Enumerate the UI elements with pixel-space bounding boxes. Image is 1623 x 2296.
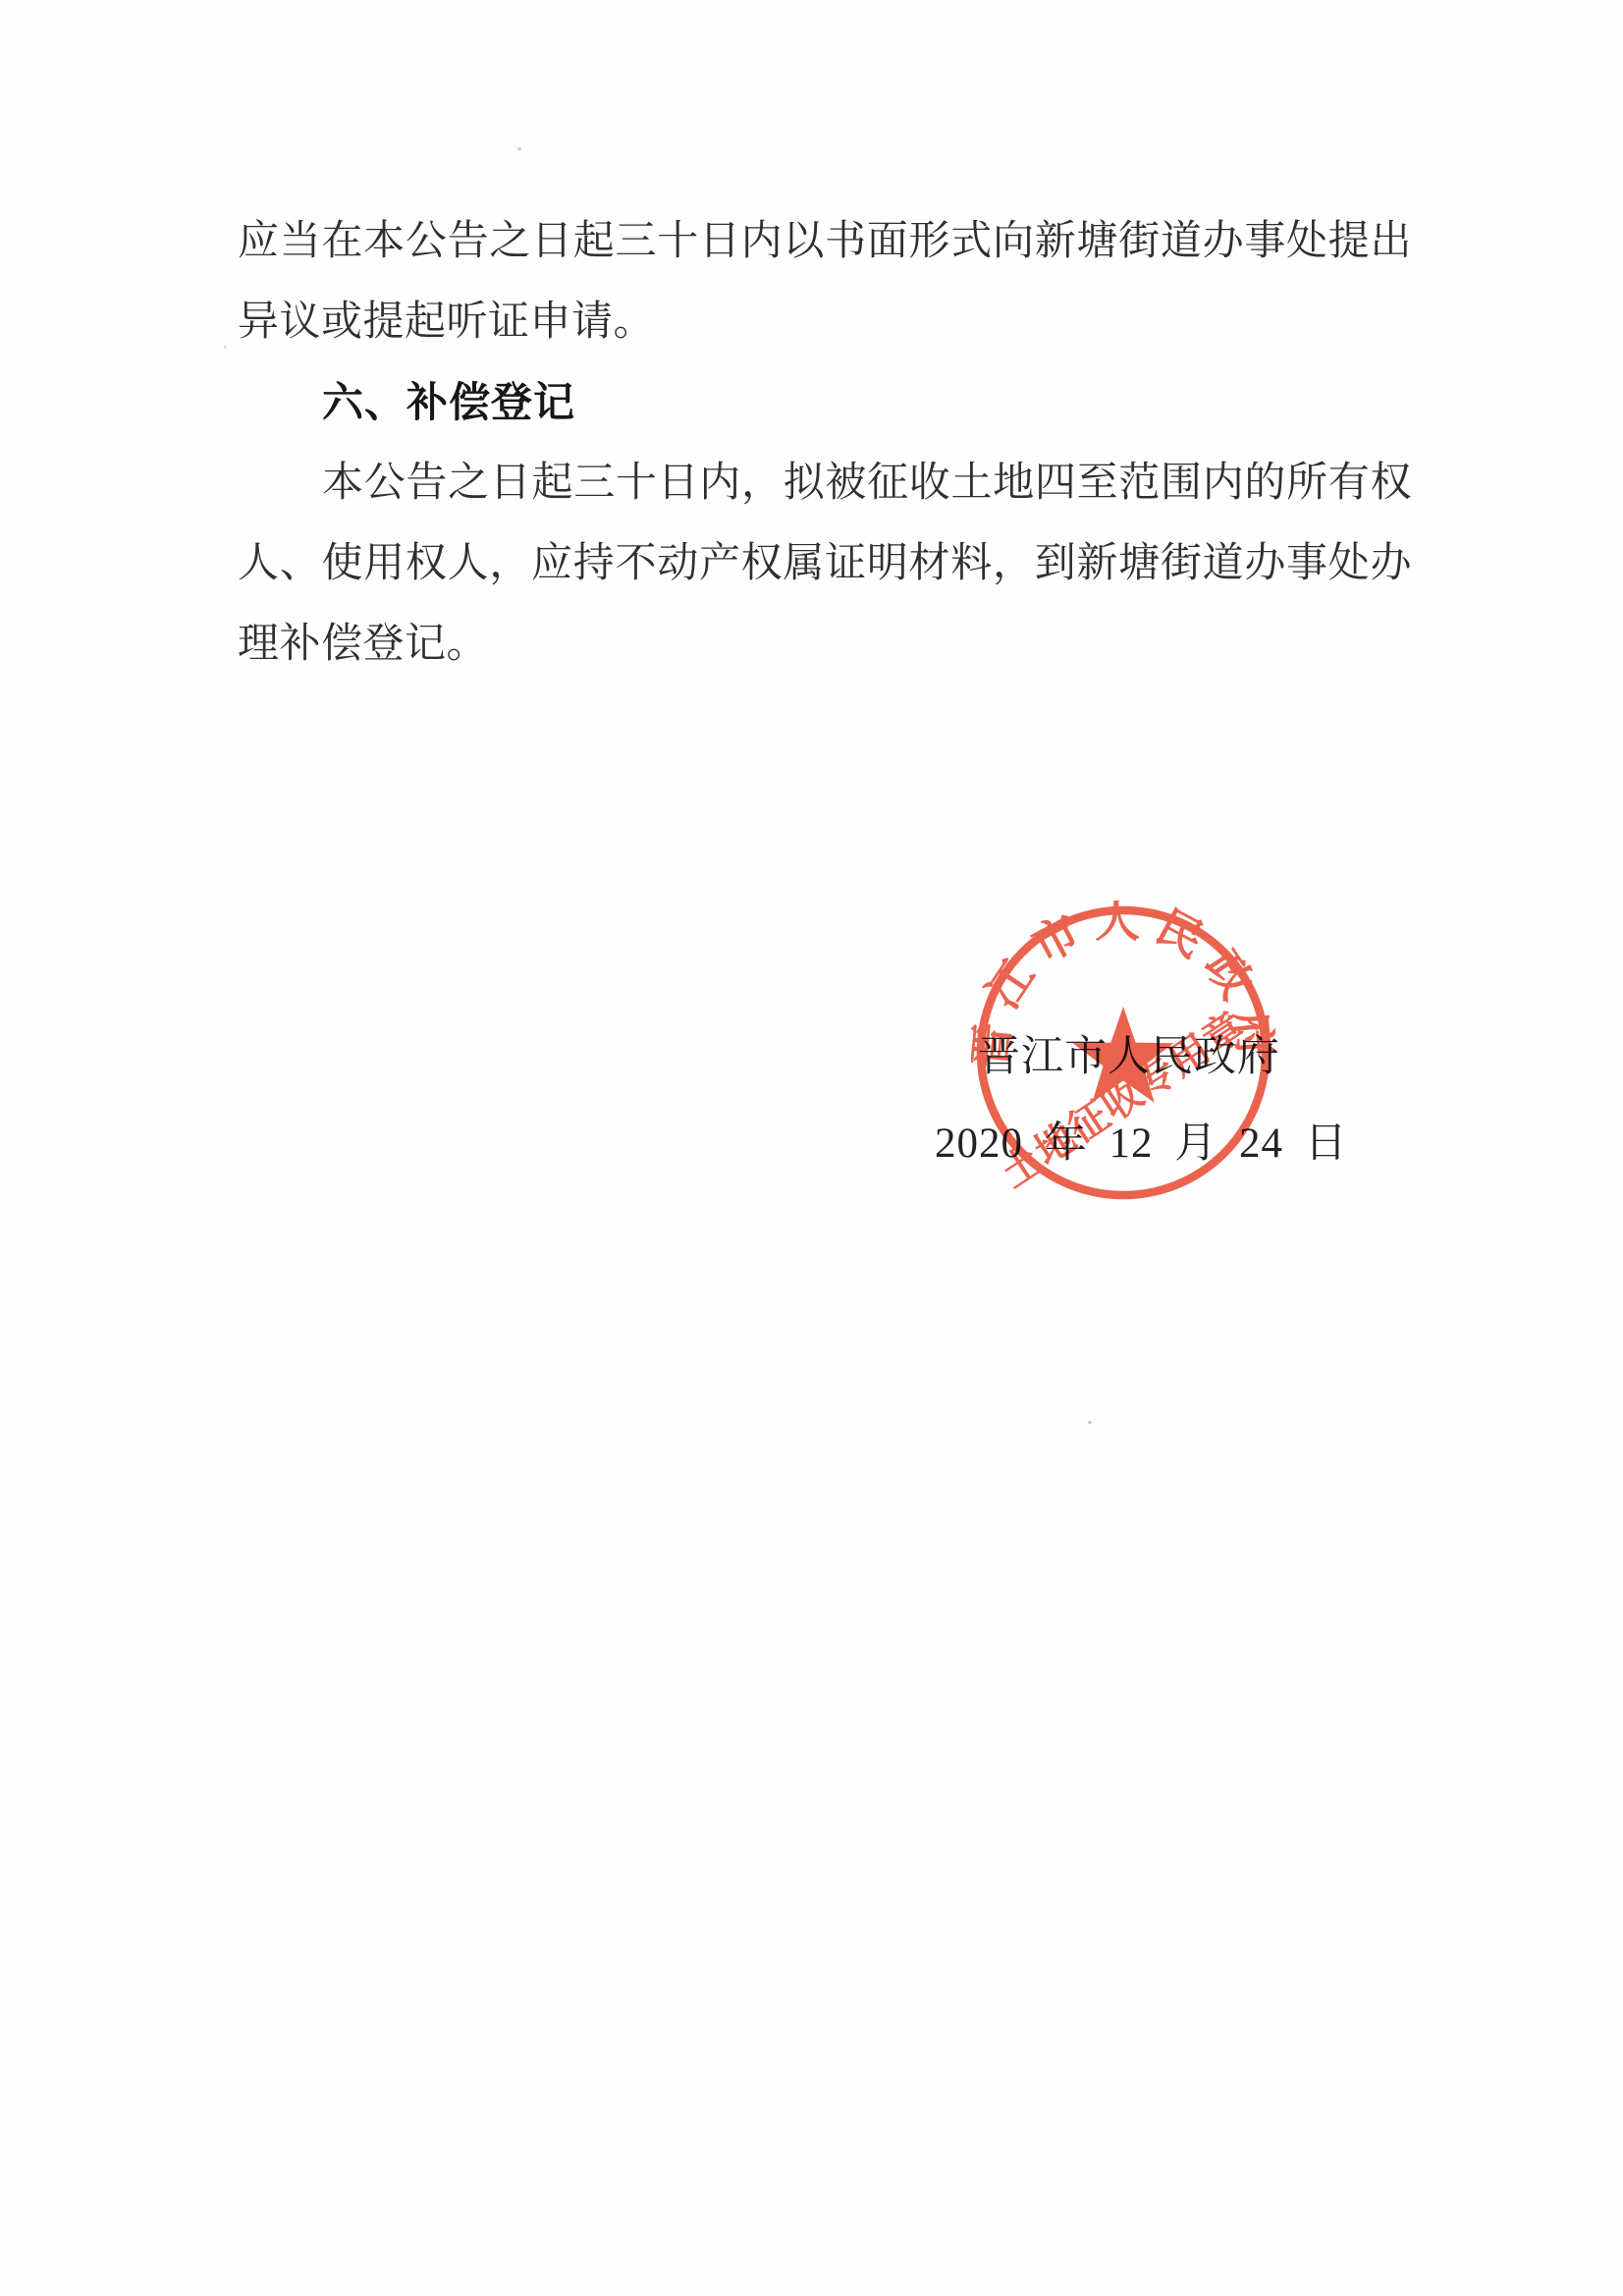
- body-text: 应当在本公告之日起三十日内以书面形式向新塘街道办事处提出异议或提起听证申请。 六…: [238, 201, 1412, 684]
- paragraph-registration: 本公告之日起三十日内，拟被征收土地四至范围内的所有权人、使用权人，应持不动产权属…: [238, 443, 1412, 684]
- scan-speck: [1088, 1421, 1092, 1424]
- scan-speck: [517, 147, 521, 150]
- document-page: 应当在本公告之日起三十日内以书面形式向新塘街道办事处提出异议或提起听证申请。 六…: [0, 0, 1623, 2296]
- official-seal-graphic: 晋江市人民政府 土地征收专用章: [971, 901, 1275, 1205]
- paragraph-objection: 应当在本公告之日起三十日内以书面形式向新塘街道办事处提出异议或提起听证申请。: [238, 201, 1412, 362]
- official-seal: 晋江市人民政府 土地征收专用章: [971, 901, 1275, 1205]
- section-heading: 六、补偿登记: [238, 362, 1412, 443]
- scan-speck: [224, 346, 227, 349]
